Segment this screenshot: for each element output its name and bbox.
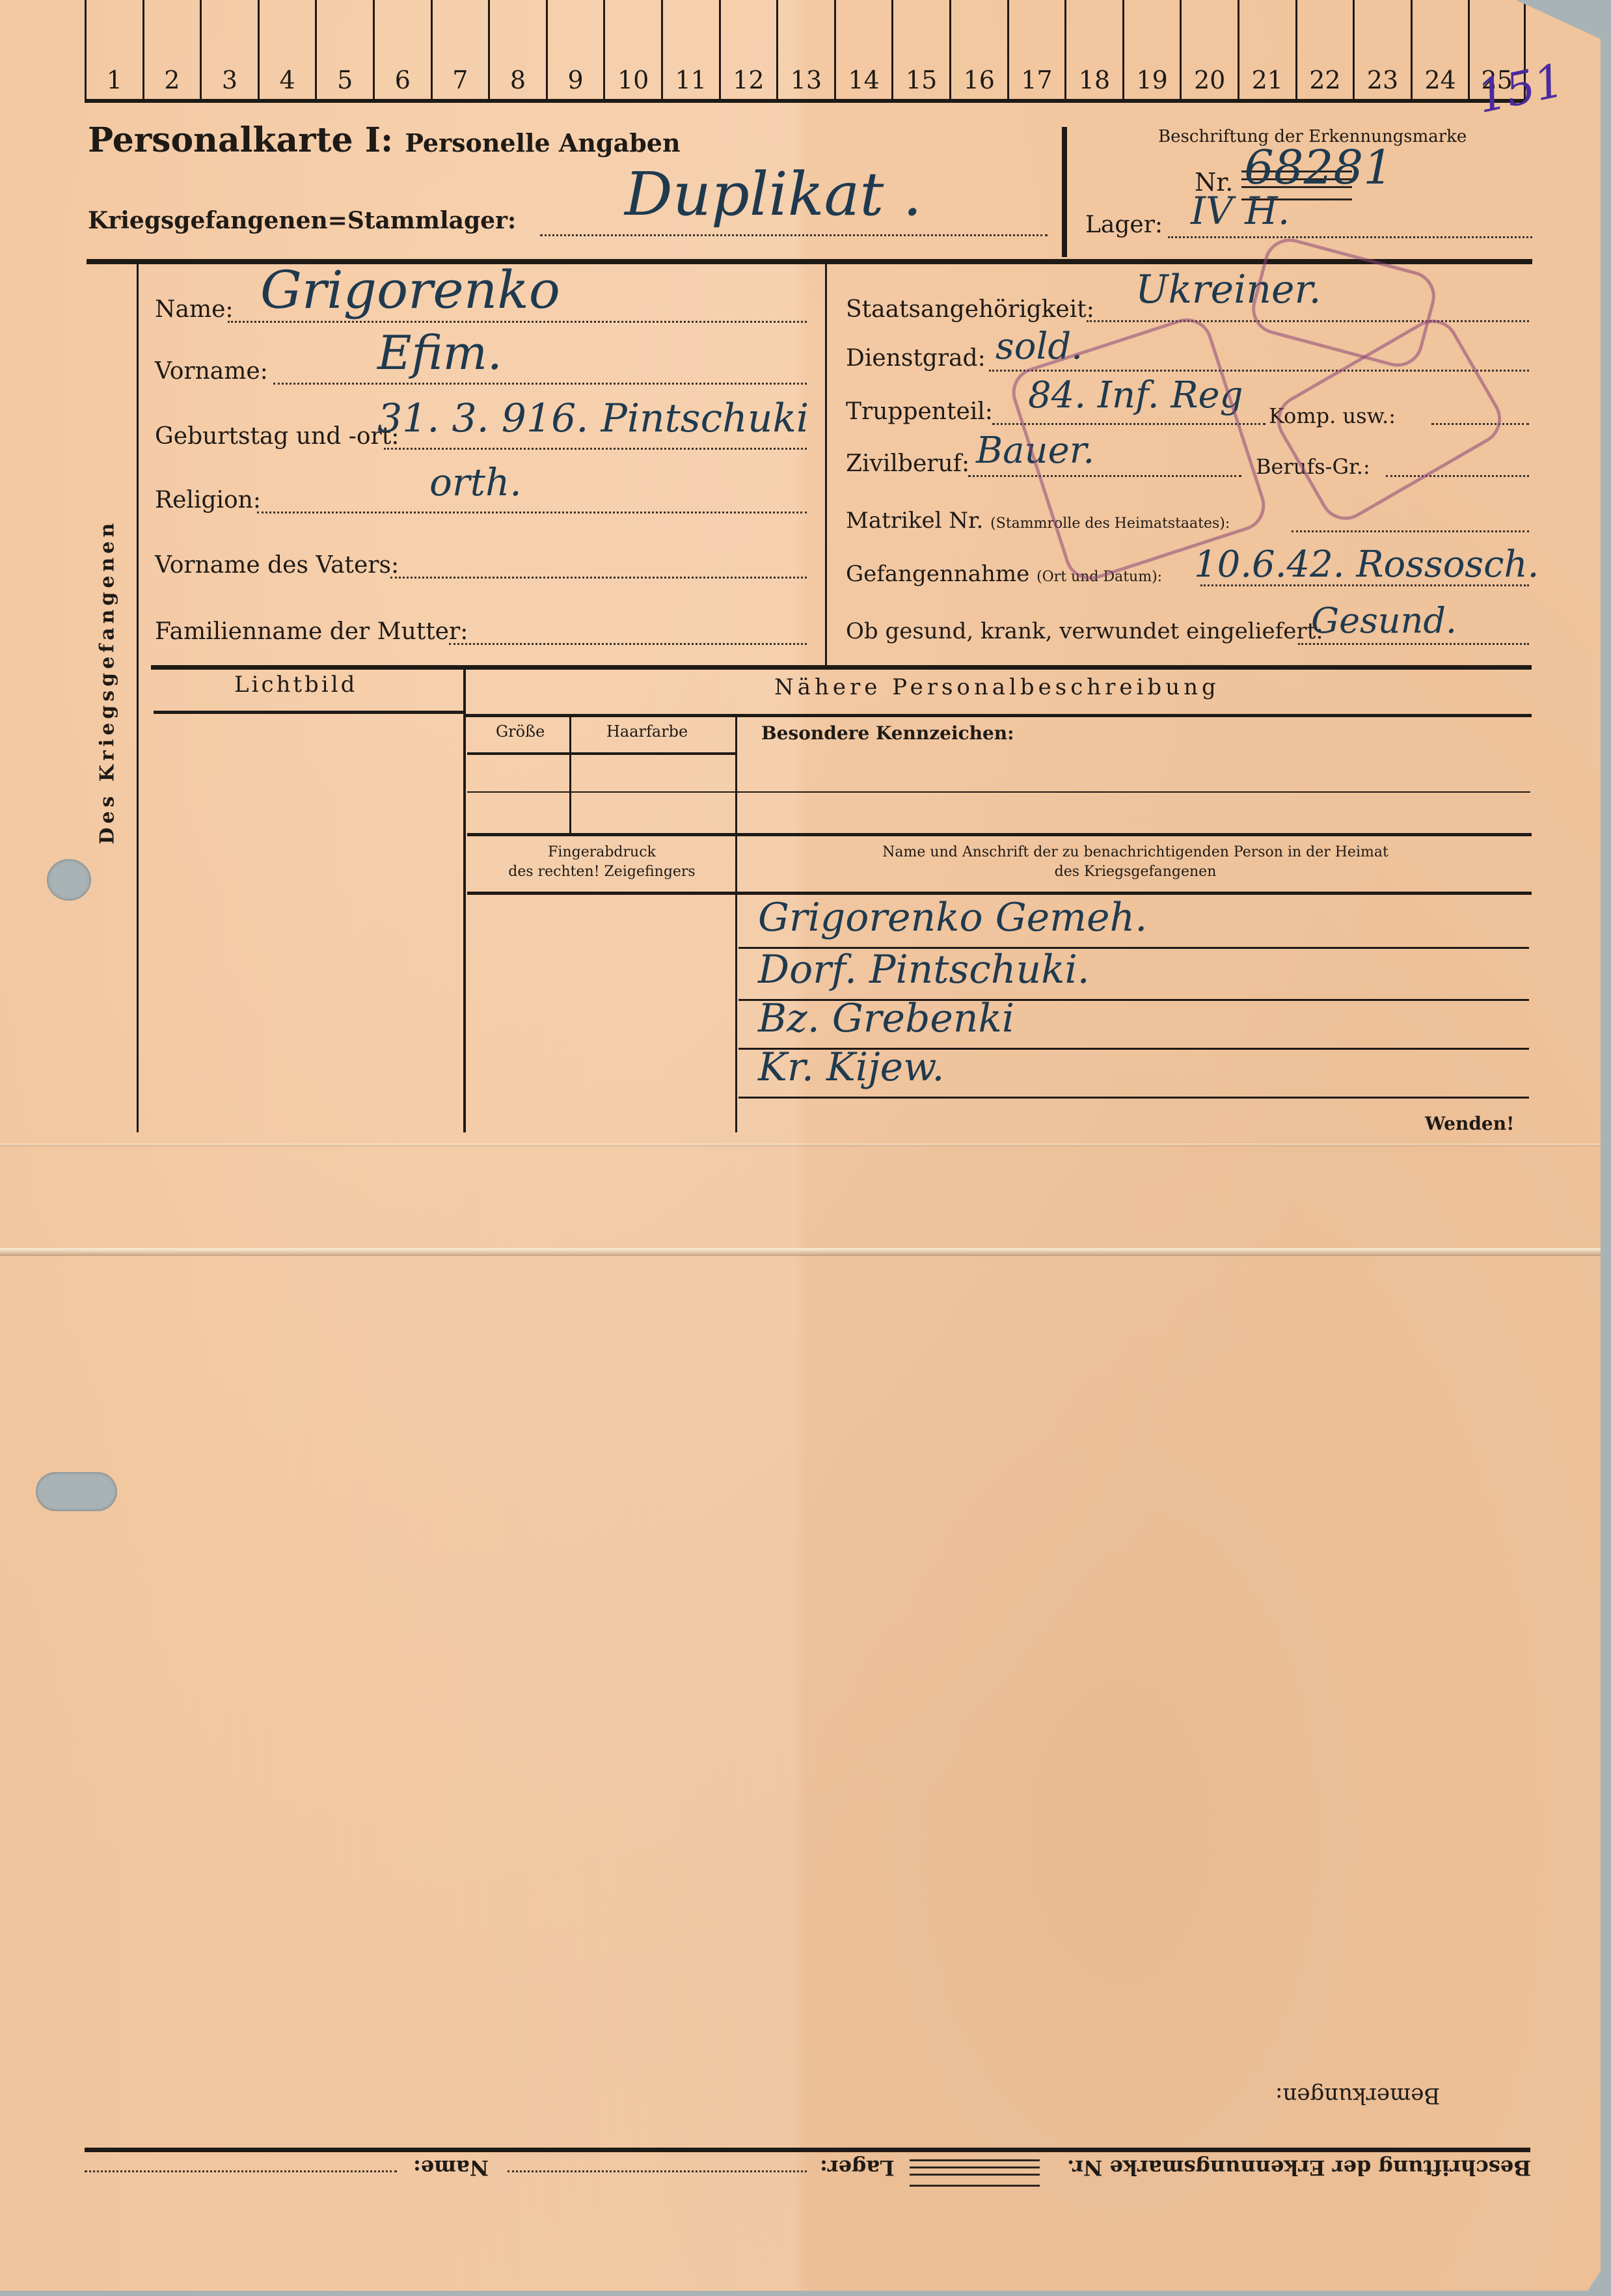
geburtstag-label: Geburtstag und -ort: — [155, 423, 399, 450]
dienstgrad-label: Dienstgrad: — [846, 345, 986, 372]
staatsangehoerigkeit-label: Staatsangehörigkeit: — [846, 296, 1094, 323]
lager-line — [1168, 236, 1532, 238]
lichtbild-rule — [154, 711, 465, 714]
gefangennahme-value: 10.6.42. Rossosch. — [1194, 543, 1539, 586]
lager-value: IV H. — [1191, 189, 1290, 233]
ruler-cell: 22 — [1295, 0, 1353, 101]
bottom-name-label: Name: — [413, 2155, 489, 2180]
ruler-cell: 10 — [603, 0, 661, 101]
religion-line — [257, 512, 807, 513]
ruler-cell: 2 — [142, 0, 200, 101]
geburtstag-line — [384, 448, 807, 450]
fold-line-crease — [0, 1248, 1601, 1256]
bottom-lager-label: Lager: — [820, 2155, 895, 2180]
bottom-erkennungsmarke-label: Beschriftung der Erkennungsmarke Nr. — [1067, 2155, 1531, 2180]
ruler-cell: 11 — [661, 0, 719, 101]
ruler-cell: 24 — [1411, 0, 1469, 101]
ruler-cell: 6 — [373, 0, 431, 101]
ruler-cell: 12 — [719, 0, 777, 101]
card-subtitle: Personelle Angaben — [405, 128, 680, 157]
naehere-label: Nähere Personalbeschreibung — [774, 674, 1220, 700]
ruler-cell: 18 — [1064, 0, 1122, 101]
mutter-line — [449, 643, 807, 645]
stammlager-label: Kriegsgefangenen=Stammlager: — [88, 207, 516, 234]
wenden-label: Wenden! — [1425, 1113, 1514, 1134]
ruler-cell: 9 — [546, 0, 604, 101]
ruler-cell: 4 — [258, 0, 316, 101]
contact-line: Grigorenko Gemeh. — [758, 895, 1147, 940]
religion-label: Religion: — [155, 487, 261, 513]
side-divider — [137, 260, 139, 1132]
haarfarbe-label: Haarfarbe — [606, 722, 688, 741]
bottom-rule — [85, 2148, 1530, 2152]
gesund-line — [1298, 643, 1529, 645]
bottom-lager-line — [508, 2170, 807, 2172]
vorname-line — [273, 383, 807, 385]
groesse-label: Größe — [496, 722, 545, 741]
mutter-label: Familienname der Mutter: — [155, 618, 468, 645]
fingerprint-divider — [735, 835, 737, 1132]
vater-label: Vorname des Vaters: — [155, 552, 399, 579]
card-title: Personalkarte I: Personelle Angaben — [88, 120, 681, 160]
lichtbild-label: Lichtbild — [234, 672, 357, 698]
ruler-cell: 5 — [315, 0, 373, 101]
ruler-cell: 8 — [488, 0, 546, 101]
fingerabdruck-label: Fingerabdruck des rechten! Zeigefingers — [468, 843, 735, 882]
gesund-label: Ob gesund, krank, verwundet eingeliefert… — [846, 618, 1323, 644]
bemerkungen-label: Bemerkungen: — [1275, 2083, 1440, 2109]
description-top-rule — [151, 665, 1532, 670]
side-label: Des Kriegsgefangenen — [96, 558, 119, 845]
zivilberuf-label: Zivilberuf: — [846, 450, 969, 477]
ruler-cell: 21 — [1238, 0, 1295, 101]
ruler-cell: 3 — [200, 0, 258, 101]
ruler-cell: 16 — [949, 0, 1007, 101]
nr-value: 68281 — [1244, 140, 1393, 195]
document-card: 1234567891011121314151617181920212223242… — [0, 0, 1601, 2291]
ruler-cell: 15 — [891, 0, 949, 101]
center-divider — [825, 264, 827, 666]
punch-hole-upper — [47, 859, 91, 901]
contact-line: Kr. Kijew. — [758, 1045, 945, 1090]
gesund-value: Gesund. — [1311, 600, 1457, 641]
kontakt-label: Name und Anschrift der zu benachrichtige… — [738, 843, 1532, 882]
ruler-cell: 7 — [431, 0, 489, 101]
number-ruler: 1234567891011121314151617181920212223242… — [85, 0, 1526, 104]
groesse-divider — [569, 716, 571, 833]
ruler-cell: 19 — [1122, 0, 1180, 101]
ruler-cell: 14 — [834, 0, 892, 101]
ruler-cell: 20 — [1180, 0, 1238, 101]
contact-line: Bz. Grebenki — [758, 996, 1014, 1041]
contact-rule — [738, 1097, 1529, 1099]
lager-label: Lager: — [1085, 212, 1163, 238]
truppenteil-label: Truppenteil: — [846, 398, 993, 425]
ruler-cell: 23 — [1353, 0, 1411, 101]
ruler-cell: 17 — [1007, 0, 1065, 101]
groesse-row-rule — [467, 752, 735, 755]
vorname-value: Efim. — [377, 325, 502, 380]
contact-line: Dorf. Pintschuki. — [758, 947, 1090, 992]
name-label: Name: — [155, 296, 234, 323]
fold-line-upper — [0, 1143, 1601, 1147]
ruler-cell: 1 — [85, 0, 142, 101]
name-line — [228, 321, 807, 323]
matrikel-line — [1292, 530, 1529, 532]
bottom-nr-lines — [910, 2159, 1040, 2187]
haarfarbe-divider — [735, 716, 737, 833]
bottom-name-line — [85, 2170, 397, 2172]
kennzeichen-label: Besondere Kennzeichen: — [761, 722, 1014, 744]
naehere-rule — [466, 714, 1532, 717]
camp-stamp-3 — [1267, 310, 1510, 530]
religion-value: orth. — [429, 460, 522, 504]
stammlager-line — [540, 234, 1048, 236]
kennzeichen-rule — [467, 791, 1530, 793]
photo-divider — [463, 667, 466, 1132]
geburtstag-value: 31. 3. 916. Pintschuki — [377, 396, 809, 441]
punch-hole-lower — [36, 1472, 117, 1511]
fingerprint-top-rule — [467, 833, 1532, 836]
header-divider — [1062, 127, 1067, 257]
name-value: Grigorenko — [260, 260, 560, 320]
stammlager-value: Duplikat . — [625, 159, 922, 229]
vorname-label: Vorname: — [155, 358, 268, 385]
ruler-cell: 13 — [776, 0, 834, 101]
vater-line — [390, 577, 807, 579]
